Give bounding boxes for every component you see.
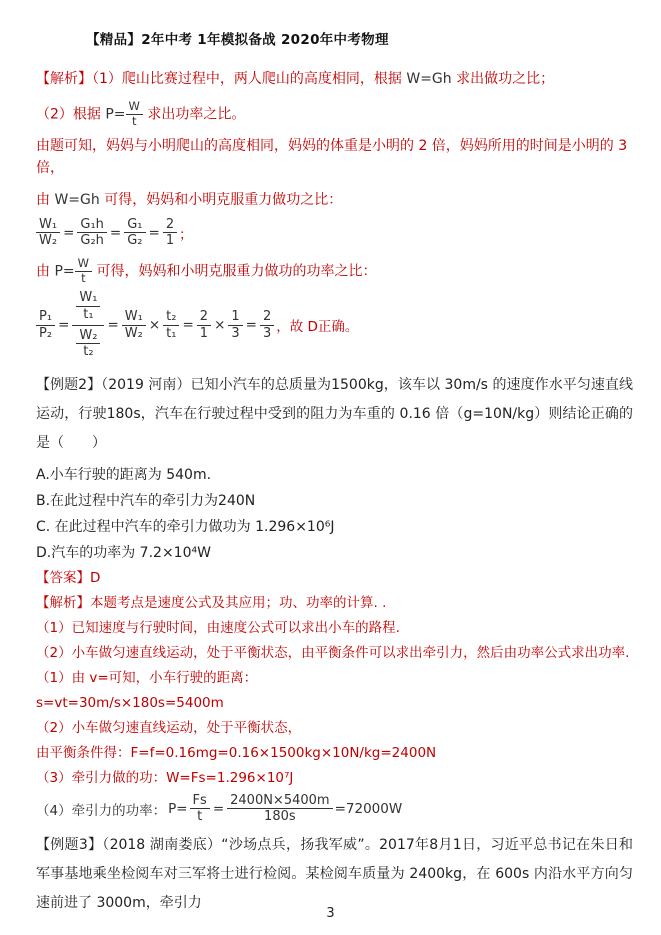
solution1-line6: 由 P=Wt 可得，妈妈和小明克服重力做功的功率之比： [36,257,633,286]
solution1-line1-pre: 【解析】（1）爬山比赛过程中，两人爬山的高度相同，根据 [36,71,406,87]
fraction-numerator: 2400N×5400m [227,793,332,810]
fraction-denominator: t₁ [76,307,100,323]
fraction-p1-p2: P₁P₂ [36,309,55,341]
problem3-stem: 【例题3】（2018 湖南娄底）“沙场点兵，扬我军威”。2017年8月1日，习近… [36,831,633,918]
fraction-denominator: P₂ [36,326,55,342]
fraction-denominator: t₁ [163,326,179,342]
document-page: 【精品】2年中考 1年模拟备战 2020年中考物理 【解析】（1）爬山比赛过程中… [0,0,661,935]
equals-operator: = [62,225,75,241]
solution1-line4-post: 可得，妈妈和小明克服重力做功之比： [100,192,342,208]
fraction-numerator: W₂ [76,328,100,345]
solution1-line2: （2）根据 P=Wt 求出功率之比。 [36,100,633,129]
fraction-denominator: 3 [228,326,242,342]
power-calculation-formula: （4）牵引力的功率： P= Fst = 2400N×5400m180s =720… [36,793,633,825]
power-ratio-formula: P₁P₂ = W₁t₁ W₂t₂ = W₁W₂ × t₂t₁ = 21 × 13… [36,289,633,360]
solution2-line7: 由平衡条件得：F=f=0.16mg=0.16×1500kg×10N/kg=240… [36,741,633,766]
solution2-line9-pre: （4）牵引力的功率： [36,799,166,819]
problem2-option-d: D.汽车的功率为 7.2×10⁴W [36,540,633,566]
equals-operator: = [245,317,258,333]
fraction-denominator: G₂h [77,233,107,249]
fraction-numerator: W₁ [76,290,100,307]
solution2-line3: （2）小车做匀速直线运动，处于平衡状态，由平衡条件可以求出牵引力，然后由功率公式… [36,641,633,666]
fraction-denominator: G₂ [124,233,145,249]
fraction-numerator: Fs [190,793,210,810]
problem2-option-c: C. 在此过程中汽车的牵引力做功为 1.296×10⁶J [36,514,633,540]
fraction-g1h-g2h: G₁hG₂h [77,217,107,249]
solution2-line8: （3）牵引力做的功：W=Fs=1.296×10⁷J [36,766,633,791]
fraction-numerator: G₁h [77,217,107,234]
solution2-line1: 【解析】本题考点是速度公式及其应用；功、功率的计算. . [36,591,633,616]
solution1-line4: 由 W=Gh 可得，妈妈和小明克服重力做功之比： [36,189,633,211]
fraction-1-3: 13 [228,309,242,341]
fraction-denominator: W₂ [122,326,146,342]
equals-operator: = [106,317,119,333]
fraction-w-over-t: Wt [126,100,143,129]
fraction-2400n5400m-180s: 2400N×5400m180s [227,793,332,825]
fraction-numerator: 2 [260,309,274,326]
solution2-line4: （1）由 v=可知，小车行驶的距离： [36,666,633,691]
equals-operator: = [109,225,122,241]
equals-operator: = [181,317,194,333]
inline-equation-wgh2: W=Gh [54,192,99,208]
fraction-denominator: t [126,115,143,129]
fraction-numerator: P₁ [36,309,55,326]
fraction-t2-t1: t₂t₁ [163,309,179,341]
solution1-line3: 由题可知，妈妈与小明爬山的高度相同，妈妈的体重是小明的 2 倍，妈妈所用的时间是… [36,135,633,179]
solution1-line4-pre: 由 [36,192,54,208]
solution1-line1-post: 求出做功之比； [452,71,554,87]
problem2-stem: 【例题2】（2019 河南）已知小汽车的总质量为1500kg，该车以 30m/s… [36,371,633,458]
fraction-2-1: 21 [197,309,211,341]
fraction-numerator: 2 [163,217,177,234]
formula1-tail: ； [179,223,193,243]
inline-equation-p-lead: P= [105,106,125,122]
fraction-2-1: 21 [163,217,177,249]
fraction-numerator: W₁ [36,217,60,234]
fraction-denominator: 1 [197,326,211,342]
solution1-line2-pre: （2）根据 [36,106,105,122]
equals-operator: = [212,801,225,817]
fraction-denominator: t₂ [76,344,100,360]
fraction-denominator: W₂ [36,233,60,249]
fraction-numerator: 2 [197,309,211,326]
fraction-w1-t1: W₁t₁ [76,290,100,322]
fraction-denominator: 180s [227,809,332,825]
times-operator: × [148,317,161,333]
equals-operator: = [57,317,70,333]
fraction-denominator: t [75,272,92,286]
problem2-answer: 【答案】D [36,566,633,591]
fraction-w1-w2: W₁W₂ [122,309,146,341]
problem2-option-b: B.在此过程中汽车的牵引力为240N [36,488,633,514]
fraction-numerator: W₁ [122,309,146,326]
solution2-line6: （2）小车做匀速直线运动，处于平衡状态， [36,716,633,741]
solution2-line2: （1）已知速度与行驶时间，由速度公式可以求出小车的路程. [36,616,633,641]
fraction-numerator: 1 [228,309,242,326]
solution2-line5: s=vt=30m/s×180s=5400m [36,691,633,716]
times-operator: × [213,317,226,333]
page-number: 3 [0,906,661,921]
power-result: =72000W [335,801,403,817]
fraction-numerator: W [75,257,92,272]
work-ratio-formula: W₁W₂ = G₁hG₂h = G₁G₂ = 21 ； [36,217,633,249]
fraction-denominator: t [190,809,210,825]
inline-equation-wgh: W=Gh [406,71,451,87]
fraction-g1-g2: G₁G₂ [124,217,145,249]
inline-equation-p-lead2: P= [54,263,74,279]
solution1-line1: 【解析】（1）爬山比赛过程中，两人爬山的高度相同，根据 W=Gh 求出做功之比； [36,68,633,90]
solution1-line2-post: 求出功率之比。 [143,106,245,122]
fraction-w1-w2: W₁W₂ [36,217,60,249]
fraction-denominator: 3 [260,326,274,342]
fraction-w-over-t2: Wt [75,257,92,286]
fraction-numerator: t₂ [163,309,179,326]
nested-fraction: W₁t₁ W₂t₂ [72,289,104,360]
fraction-denominator: 1 [163,233,177,249]
fraction-w2-t2: W₂t₂ [76,328,100,360]
fraction-numerator: W [126,100,143,115]
solution1-line6-pre: 由 [36,263,54,279]
solution1-line6-post: 可得，妈妈和小明克服重力做功的功率之比： [92,263,376,279]
power-eq-lead: P= [168,801,187,817]
equals-operator: = [148,225,161,241]
document-header: 【精品】2年中考 1年模拟备战 2020年中考物理 [86,28,633,48]
fraction-fs-t: Fst [190,793,210,825]
problem2-option-a: A.小车行驶的距离为 540m. [36,462,633,488]
fraction-numerator: G₁ [124,217,145,234]
formula2-conclusion: ，故 D正确。 [276,315,358,335]
fraction-2-3: 23 [260,309,274,341]
nested-fraction-denominator: W₂t₂ [72,326,104,361]
nested-fraction-numerator: W₁t₁ [72,289,104,325]
